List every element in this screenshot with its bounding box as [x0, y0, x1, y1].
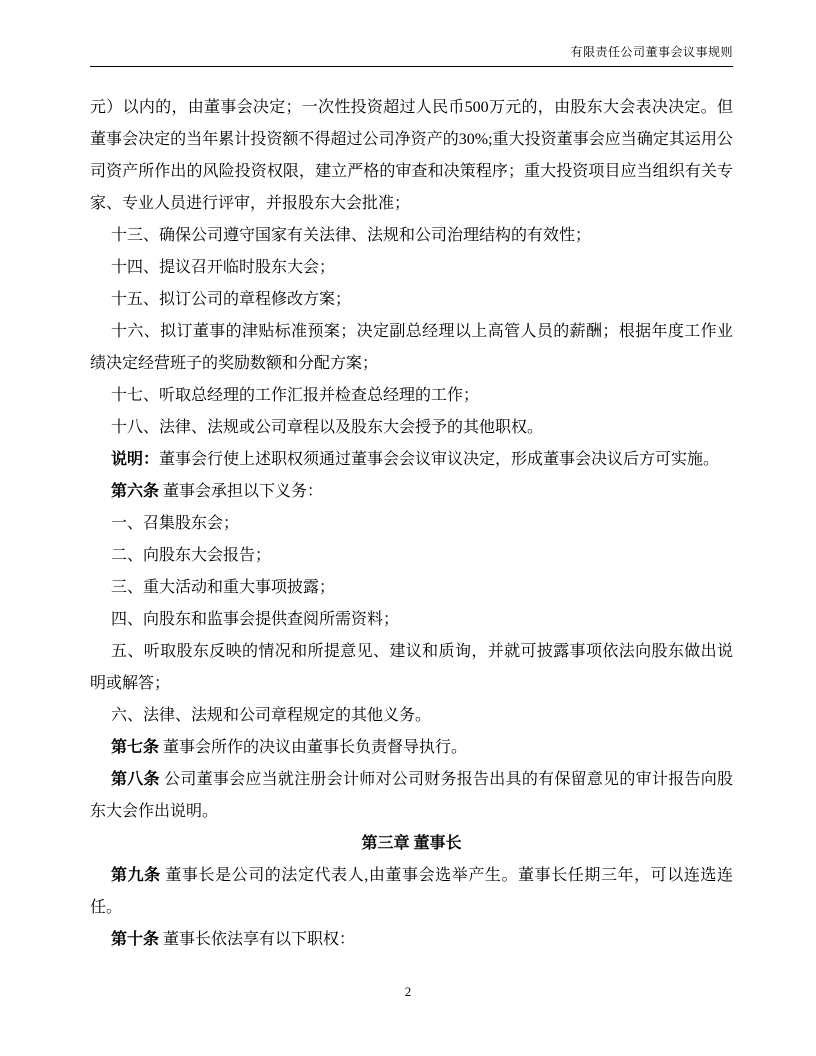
header-rule — [90, 66, 733, 67]
paragraph-text: 十六、拟订董事的津贴标准预案；决定副总经理以上高管人员的薪酬；根据年度工作业绩决… — [90, 323, 733, 372]
paragraph-text: 董事长依法享有以下职权： — [159, 931, 355, 948]
paragraph-text: 公司董事会应当就注册会计师对公司财务报告出具的有保留意见的审计报告向股东大会作出… — [90, 771, 733, 820]
paragraph-text: 董事长是公司的法定代表人,由董事会选举产生。董事长任期三年，可以连选连任。 — [90, 867, 733, 916]
paragraph: 第九条 董事长是公司的法定代表人,由董事会选举产生。董事长任期三年，可以连选连任… — [90, 860, 733, 924]
paragraph: 六、法律、法规和公司章程规定的其他义务。 — [90, 700, 733, 732]
paragraph: 说明：董事会行使上述职权须通过董事会会议审议决定，形成董事会决议后方可实施。 — [90, 444, 733, 476]
paragraph-text: 十七、听取总经理的工作汇报并检查总经理的工作； — [111, 387, 479, 404]
paragraph: 五、听取股东反映的情况和所提意见、建议和质询，并就可披露事项依法向股东做出说明或… — [90, 636, 733, 700]
paragraph-text: 第三章 董事长 — [361, 835, 461, 852]
paragraph-text: 董事会所作的决议由董事长负责督导执行。 — [159, 739, 467, 756]
paragraph-lead: 第七条 — [111, 739, 159, 756]
header-title: 有限责任公司董事会议事规则 — [90, 0, 733, 59]
paragraph: 第十条 董事长依法享有以下职权： — [90, 924, 733, 956]
paragraph-lead: 第十条 — [111, 931, 159, 948]
paragraph-lead: 第九条 — [111, 867, 161, 884]
paragraph: 二、向股东大会报告； — [90, 540, 733, 572]
paragraph: 十三、确保公司遵守国家有关法律、法规和公司治理结构的有效性； — [90, 220, 733, 252]
paragraph-text: 四、向股东和监事会提供查阅所需资料； — [111, 611, 399, 628]
paragraph: 十七、听取总经理的工作汇报并检查总经理的工作； — [90, 380, 733, 412]
page-header: 有限责任公司董事会议事规则 — [90, 0, 733, 75]
paragraph: 第六条 董事会承担以下义务： — [90, 476, 733, 508]
paragraph: 第八条 公司董事会应当就注册会计师对公司财务报告出具的有保留意见的审计报告向股东… — [90, 764, 733, 828]
paragraph: 第七条 董事会所作的决议由董事长负责督导执行。 — [90, 732, 733, 764]
paragraph-text: 董事会行使上述职权须通过董事会会议审议决定，形成董事会决议后方可实施。 — [159, 451, 719, 468]
document-page: 有限责任公司董事会议事规则 元）以内的，由董事会决定；一次性投资超过人民币500… — [0, 0, 816, 1056]
paragraph: 十五、拟订公司的章程修改方案； — [90, 284, 733, 316]
paragraph: 十八、法律、法规或公司章程以及股东大会授予的其他职权。 — [90, 412, 733, 444]
paragraph-text: 十四、提议召开临时股东大会； — [111, 259, 335, 276]
paragraph: 元）以内的，由董事会决定；一次性投资超过人民币500万元的，由股东大会表决决定。… — [90, 92, 733, 220]
paragraph-text: 五、听取股东反映的情况和所提意见、建议和质询，并就可披露事项依法向股东做出说明或… — [90, 643, 733, 692]
paragraph-text: 元）以内的，由董事会决定；一次性投资超过人民币500万元的，由股东大会表决决定。… — [90, 99, 733, 212]
paragraph-text: 十三、确保公司遵守国家有关法律、法规和公司治理结构的有效性； — [111, 227, 591, 244]
paragraph-text: 十五、拟订公司的章程修改方案； — [111, 291, 351, 308]
page-number: 2 — [0, 984, 816, 1000]
paragraph-text: 三、重大活动和重大事项披露； — [111, 579, 335, 596]
paragraph-text: 二、向股东大会报告； — [111, 547, 271, 564]
paragraph-text: 一、召集股东会； — [111, 515, 239, 532]
paragraph: 一、召集股东会； — [90, 508, 733, 540]
paragraph: 第三章 董事长 — [90, 828, 733, 860]
paragraph-text: 十八、法律、法规或公司章程以及股东大会授予的其他职权。 — [111, 419, 543, 436]
paragraph-lead: 第八条 — [111, 771, 160, 788]
paragraph-text: 董事会承担以下义务： — [159, 483, 323, 500]
paragraph-lead: 第六条 — [111, 483, 159, 500]
paragraph-text: 六、法律、法规和公司章程规定的其他义务。 — [111, 707, 431, 724]
paragraph: 十六、拟订董事的津贴标准预案；决定副总经理以上高管人员的薪酬；根据年度工作业绩决… — [90, 316, 733, 380]
paragraph-lead: 说明： — [111, 451, 159, 468]
paragraph: 四、向股东和监事会提供查阅所需资料； — [90, 604, 733, 636]
paragraph: 三、重大活动和重大事项披露； — [90, 572, 733, 604]
document-body: 元）以内的，由董事会决定；一次性投资超过人民币500万元的，由股东大会表决决定。… — [90, 92, 733, 956]
paragraph: 十四、提议召开临时股东大会； — [90, 252, 733, 284]
